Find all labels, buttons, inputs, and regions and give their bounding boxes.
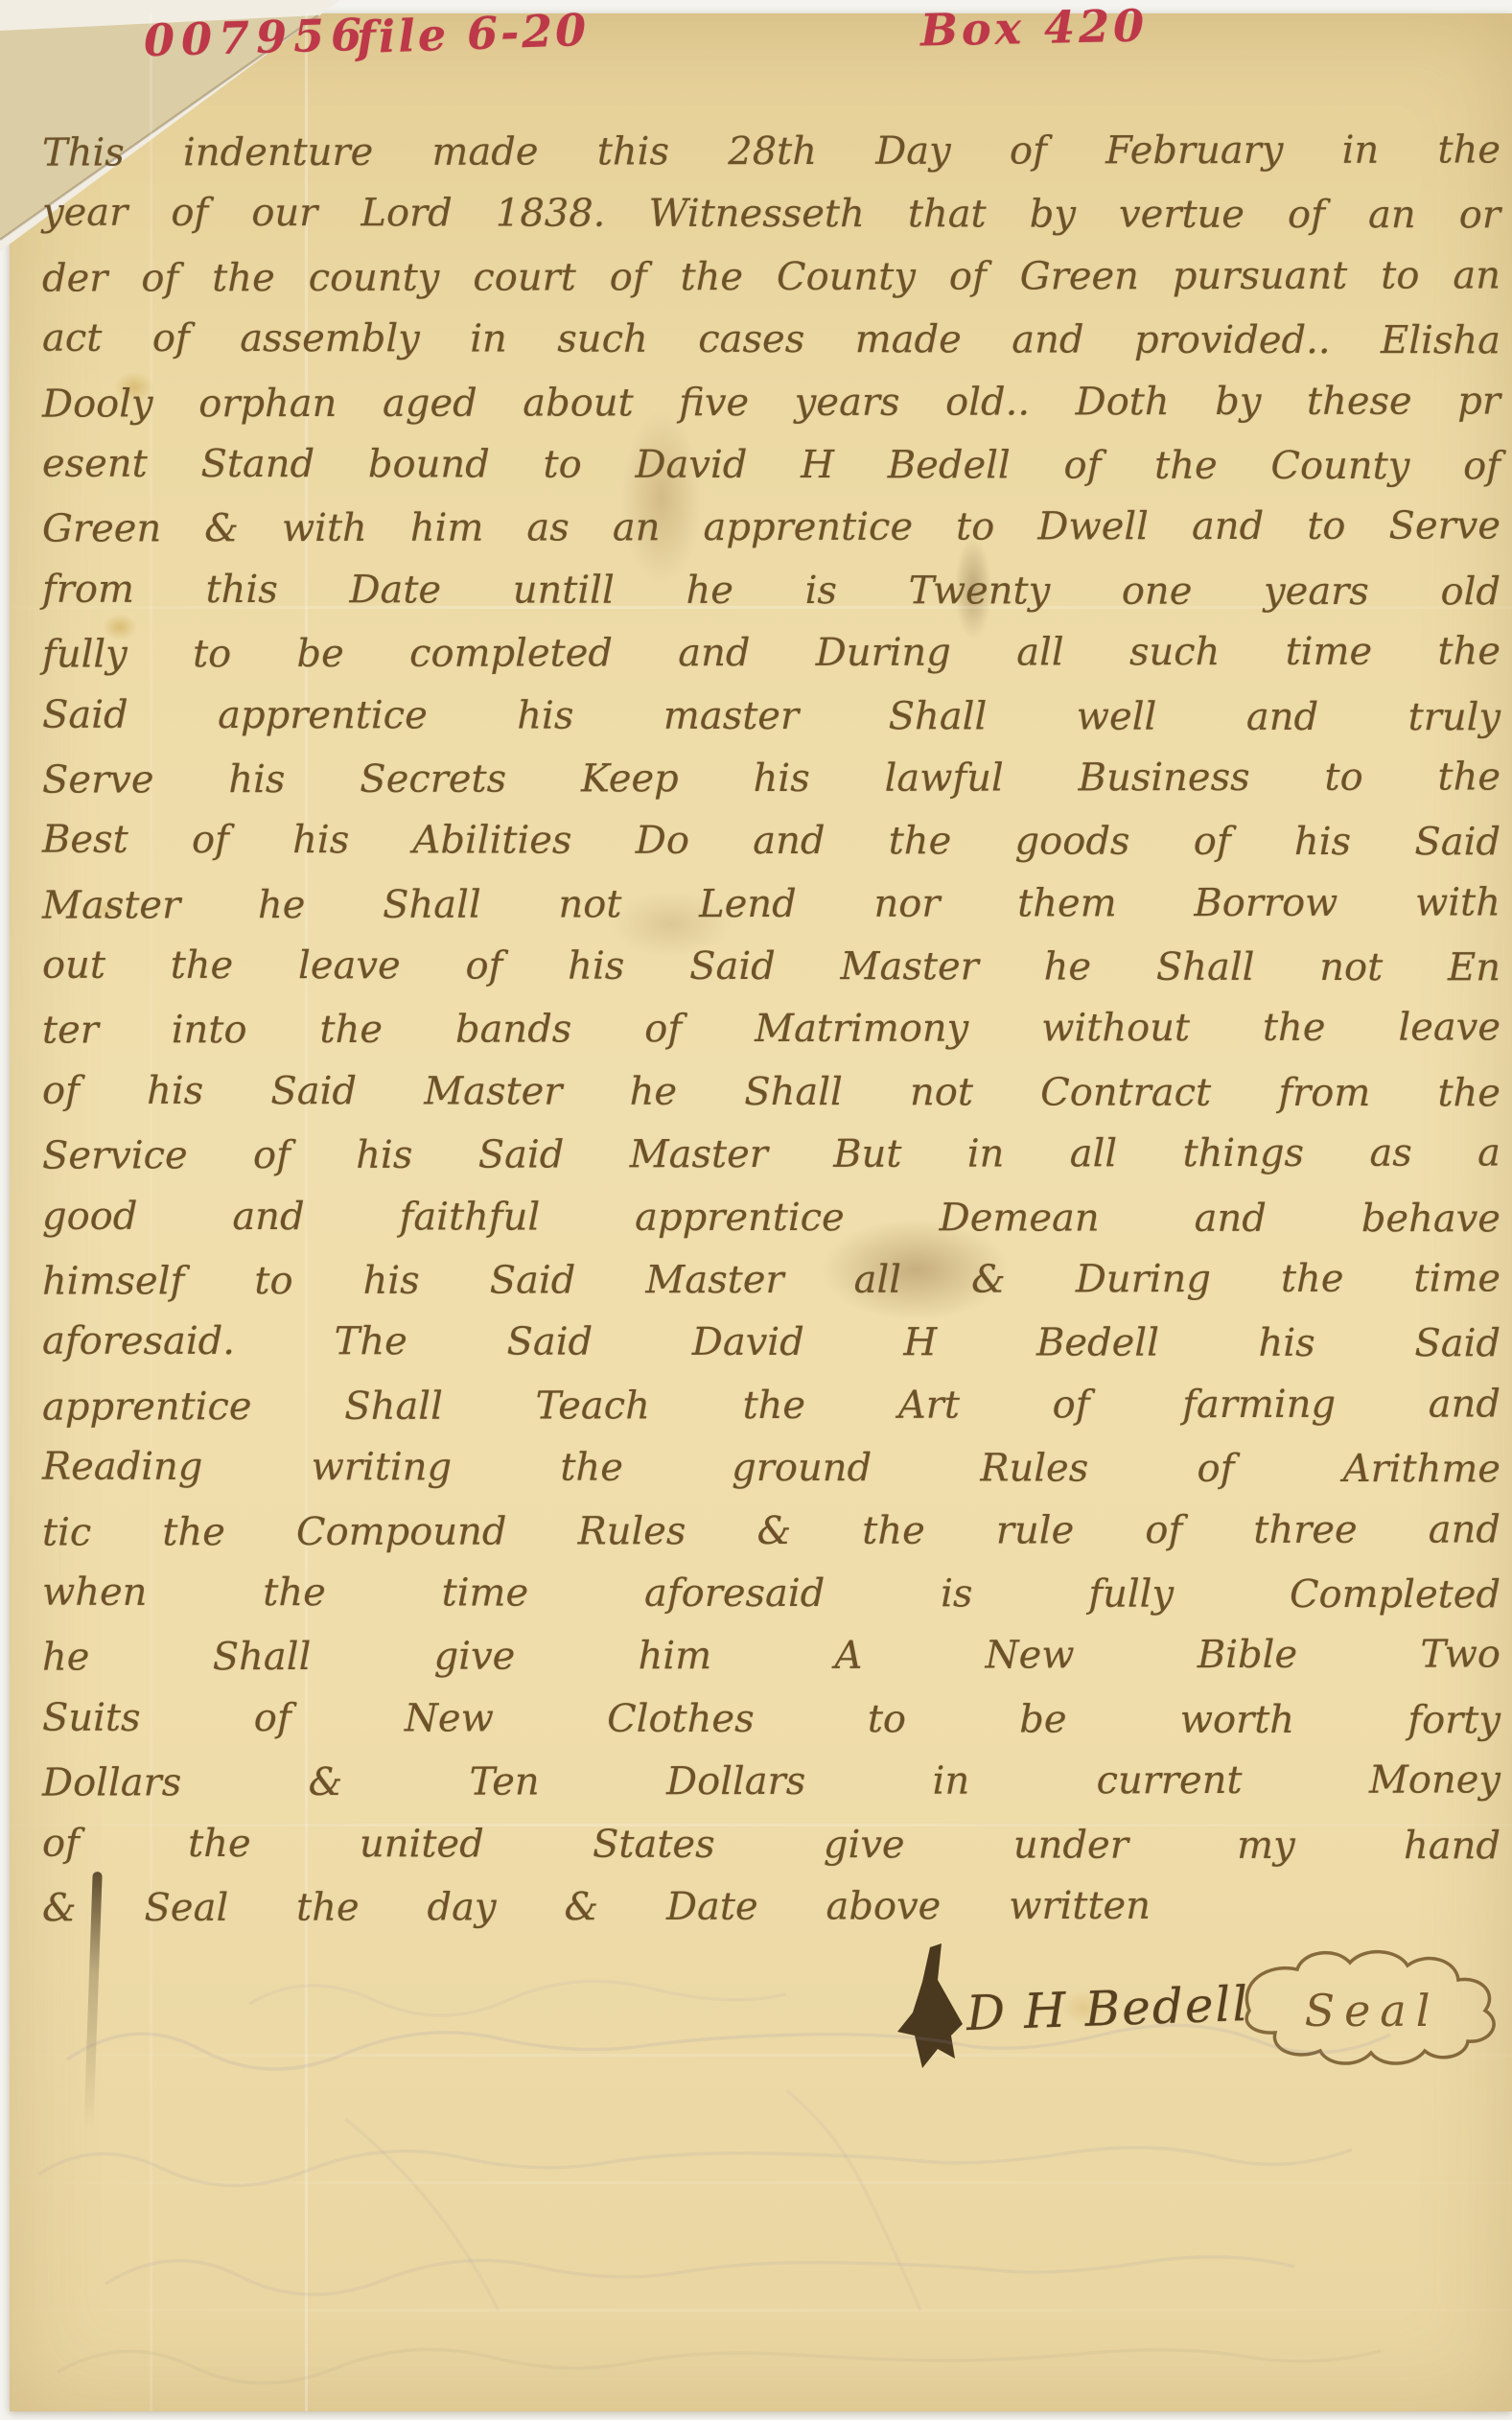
manuscript-line: Said apprentice his master Shall well an… <box>42 684 1500 749</box>
manuscript-line: ter into the bands of Matrimony without … <box>42 997 1500 1063</box>
archival-number: 007956 <box>143 9 368 67</box>
manuscript-line: Dollars & Ten Dollars in current Money <box>42 1750 1500 1816</box>
file-reference: file 6-20 <box>356 4 590 63</box>
manuscript-line: he Shall give him A New Bible Two <box>42 1624 1500 1690</box>
scanned-document-page: { "archival_marks": { "number": "007956"… <box>0 0 1512 2420</box>
bleed-through-scrawl <box>38 1981 1390 2383</box>
manuscript-line: & Seal the day & Date above written <box>42 1875 1151 1941</box>
manuscript-line: Suits of New Clothes to be worth forty <box>42 1687 1500 1752</box>
bleed-through-lines <box>0 1946 1512 2420</box>
manuscript-line: from this Date untill he is Twenty one y… <box>42 558 1500 623</box>
manuscript-line: Master he Shall not Lend nor them Borrow… <box>42 872 1500 938</box>
box-reference: Box 420 <box>919 0 1148 56</box>
manuscript-line: Dooly orphan aged about five years old..… <box>42 370 1500 436</box>
manuscript-body: This indenture made this 28th Day of Feb… <box>42 121 1500 1939</box>
manuscript-line: tic the Compound Rules & the rule of thr… <box>42 1499 1500 1565</box>
manuscript-line: good and faithful apprentice Demean and … <box>42 1185 1500 1250</box>
manuscript-line: Best of his Abilities Do and the goods o… <box>42 809 1500 874</box>
manuscript-line: fully to be completed and During all suc… <box>42 621 1500 687</box>
manuscript-line: act of assembly in such cases made and p… <box>42 308 1500 373</box>
manuscript-line: This indenture made this 28th Day of Feb… <box>42 119 1500 185</box>
manuscript-line: when the time aforesaid is fully Complet… <box>42 1562 1500 1627</box>
manuscript-line: esent Stand bound to David H Bedell of t… <box>42 433 1500 499</box>
manuscript-line: out the leave of his Said Master he Shal… <box>42 935 1500 1000</box>
manuscript-line: Reading writing the ground Rules of Arit… <box>42 1436 1500 1501</box>
manuscript-line: Service of his Said Master But in all th… <box>42 1123 1500 1189</box>
manuscript-line: apprentice Shall Teach the Art of farmin… <box>42 1373 1500 1439</box>
manuscript-line: aforesaid. The Said David H Bedell his S… <box>42 1311 1500 1376</box>
manuscript-line: year of our Lord 1838. Witnesseth that b… <box>42 182 1500 247</box>
manuscript-line: of the united States give under my hand <box>42 1812 1500 1877</box>
manuscript-line: himself to his Said Master all & During … <box>42 1247 1500 1314</box>
manuscript-line: Serve his Secrets Keep his lawful Busine… <box>42 746 1500 812</box>
manuscript-line: of his Said Master he Shall not Contract… <box>42 1060 1500 1126</box>
manuscript-line: Green & with him as an apprentice to Dwe… <box>42 496 1500 562</box>
manuscript-line: der of the county court of the County of… <box>42 244 1500 311</box>
